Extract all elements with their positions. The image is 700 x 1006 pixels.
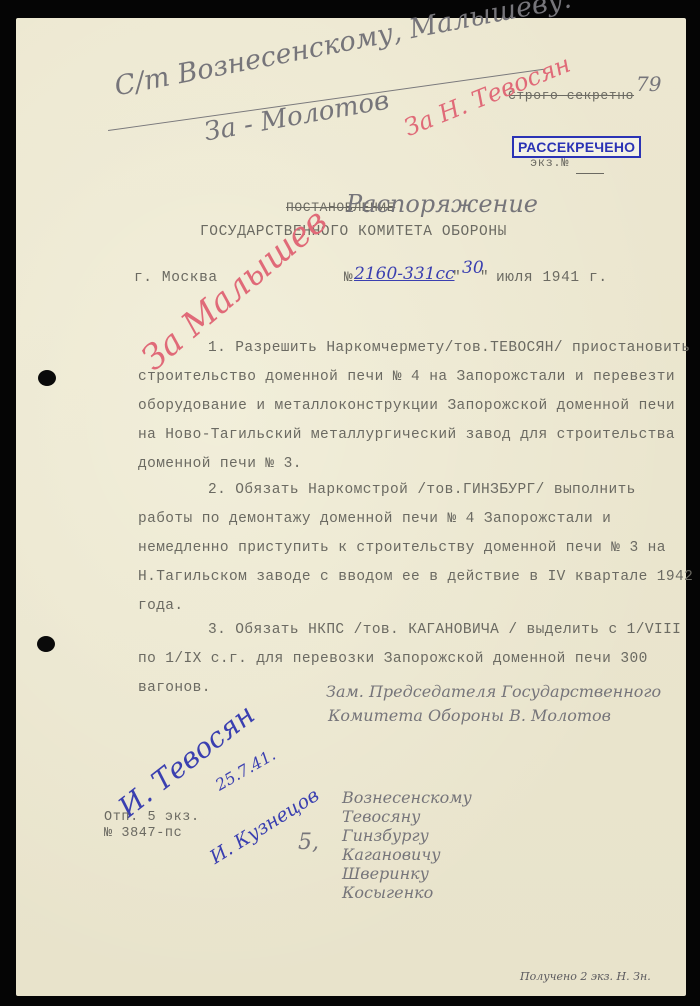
declassified-stamp: РАССЕКРЕЧЕНО [512,136,641,158]
distribution-item: Косыгенко [342,883,472,902]
paragraph-2-body: работы по демонтажу доменной печи № 4 За… [138,505,698,621]
distribution-item: Кагановичу [342,845,472,864]
distribution-item: Вознесенскому [342,788,472,807]
date-day: 30 [462,258,484,278]
blue-signature-2: И. Кузнецов [206,784,323,869]
blue-signature-tevosyan: И. Тевосян [112,697,261,824]
paragraph-1-body: строительство доменной печи № 4 на Запор… [138,363,698,479]
paragraph-1: 1. Разрешить Наркомчермету/тов.ТЕВОСЯН/ … [138,334,698,479]
paragraph-2: 2. Обязать Наркомстрой /тов.ГИНЗБУРГ/ вы… [138,476,698,621]
distribution-item: Гинзбургу [342,826,472,845]
outgoing-number: № 3847-пс [104,826,182,841]
number-prefix: № [344,270,353,286]
signature-line-1: Зам. Председателя Государственного [326,682,661,701]
title-handwritten: Распоряжение [346,190,538,218]
city: г. Москва [134,270,218,286]
signature-line-2: Комитета Обороны В. Молотов [328,706,611,725]
paragraph-1-first-line: 1. Разрешить Наркомчермету/тов.ТЕВОСЯН/ … [138,334,698,363]
distribution-item: Тевосяну [342,807,472,826]
document-number: 2160-331сс [354,264,455,284]
distribution-list: Вознесенскому Тевосяну Гинзбургу Каганов… [342,788,472,902]
document-page: С/т Вознесенскому, Малышеву. За - Молото… [16,18,686,996]
page-number: 79 [636,72,661,96]
pencil-molotov: За - Молотов [202,86,391,148]
issuer: ГОСУДАРСТВЕННОГО КОМИТЕТА ОБОРОНЫ [200,224,507,240]
bottom-note: Получено 2 экз. Н. Зн. [520,970,651,983]
paragraph-3-first-line: 3. Обязать НКПС /тов. КАГАНОВИЧА / выдел… [138,616,698,645]
binding-hole [38,370,56,386]
copy-underline [576,173,604,174]
copy-label: экз.№ [530,156,569,170]
date-rest: июля 1941 г. [496,270,608,286]
binding-hole [37,636,55,652]
paragraph-2-first-line: 2. Обязать Наркомстрой /тов.ГИНЗБУРГ/ вы… [138,476,698,505]
pencil-mark: 5, [298,830,319,855]
distribution-item: Шверинку [342,864,472,883]
outgoing-copies: Отп. 5 экз. [104,810,200,825]
